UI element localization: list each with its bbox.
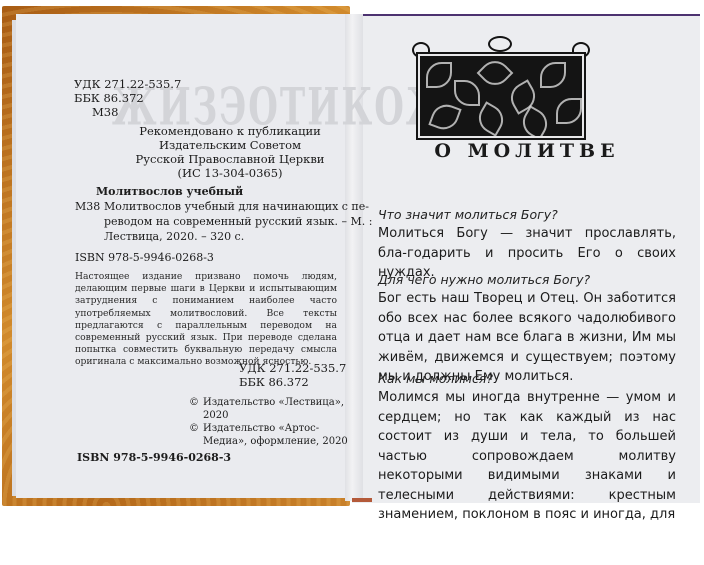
copyright-line: 2020 (203, 409, 228, 423)
recommendation-line: Рекомендовано к публикации (110, 124, 350, 138)
chapter-title: О МОЛИТВЕ (378, 140, 676, 162)
ornament-panel (416, 52, 586, 140)
bib-line: Лествица, 2020. – 320 с. (104, 230, 244, 244)
copyright-line: Издательство «Лествица», (203, 396, 344, 410)
cover-strip (352, 498, 372, 502)
isbn-bottom: ISBN 978-5-9946-0268-3 (77, 451, 231, 465)
recommendation-line: Русской Православной Церкви (110, 152, 350, 166)
copyright-icon: © (189, 422, 199, 436)
question-3: Как мы молимся? (378, 369, 676, 389)
crest-icon (488, 36, 512, 52)
bib-mark: М38 (75, 200, 100, 214)
author-mark: М38 (92, 105, 118, 119)
question-2: Для чего нужно молиться Богу? (378, 270, 676, 290)
bib-line: реводом на современный русский язык. – М… (104, 215, 372, 229)
copyright-icon: © (189, 396, 199, 410)
copyright-line: Медиа», оформление, 2020 (203, 435, 348, 449)
floral-ornament-headpiece-icon (412, 42, 588, 132)
question-1: Что значит молиться Богу? (378, 205, 676, 225)
bbk-code: ББК 86.372 (74, 91, 144, 105)
bib-line: Молитвослов учебный для начинающих с пе- (104, 200, 369, 214)
isbn-top: ISBN 978-5-9946-0268-3 (75, 251, 214, 265)
annotation-text: Настоящее издание призвано помочь людям,… (75, 271, 337, 369)
recommendation-line: Издательским Советом (110, 138, 350, 152)
bbk-code-bottom: ББК 86.372 (239, 375, 309, 389)
recommendation-line: (ИС 13-304-0365) (110, 166, 350, 180)
udk-code: УДК 271.22-535.7 (74, 77, 181, 91)
answer-3: Молимся мы иногда внутренне — умом и сер… (378, 388, 676, 525)
book-title: Молитвослов учебный (96, 185, 243, 199)
copyright-line: Издательство «Артос- (203, 422, 319, 436)
udk-code-bottom: УДК 271.22-535.7 (239, 361, 346, 375)
